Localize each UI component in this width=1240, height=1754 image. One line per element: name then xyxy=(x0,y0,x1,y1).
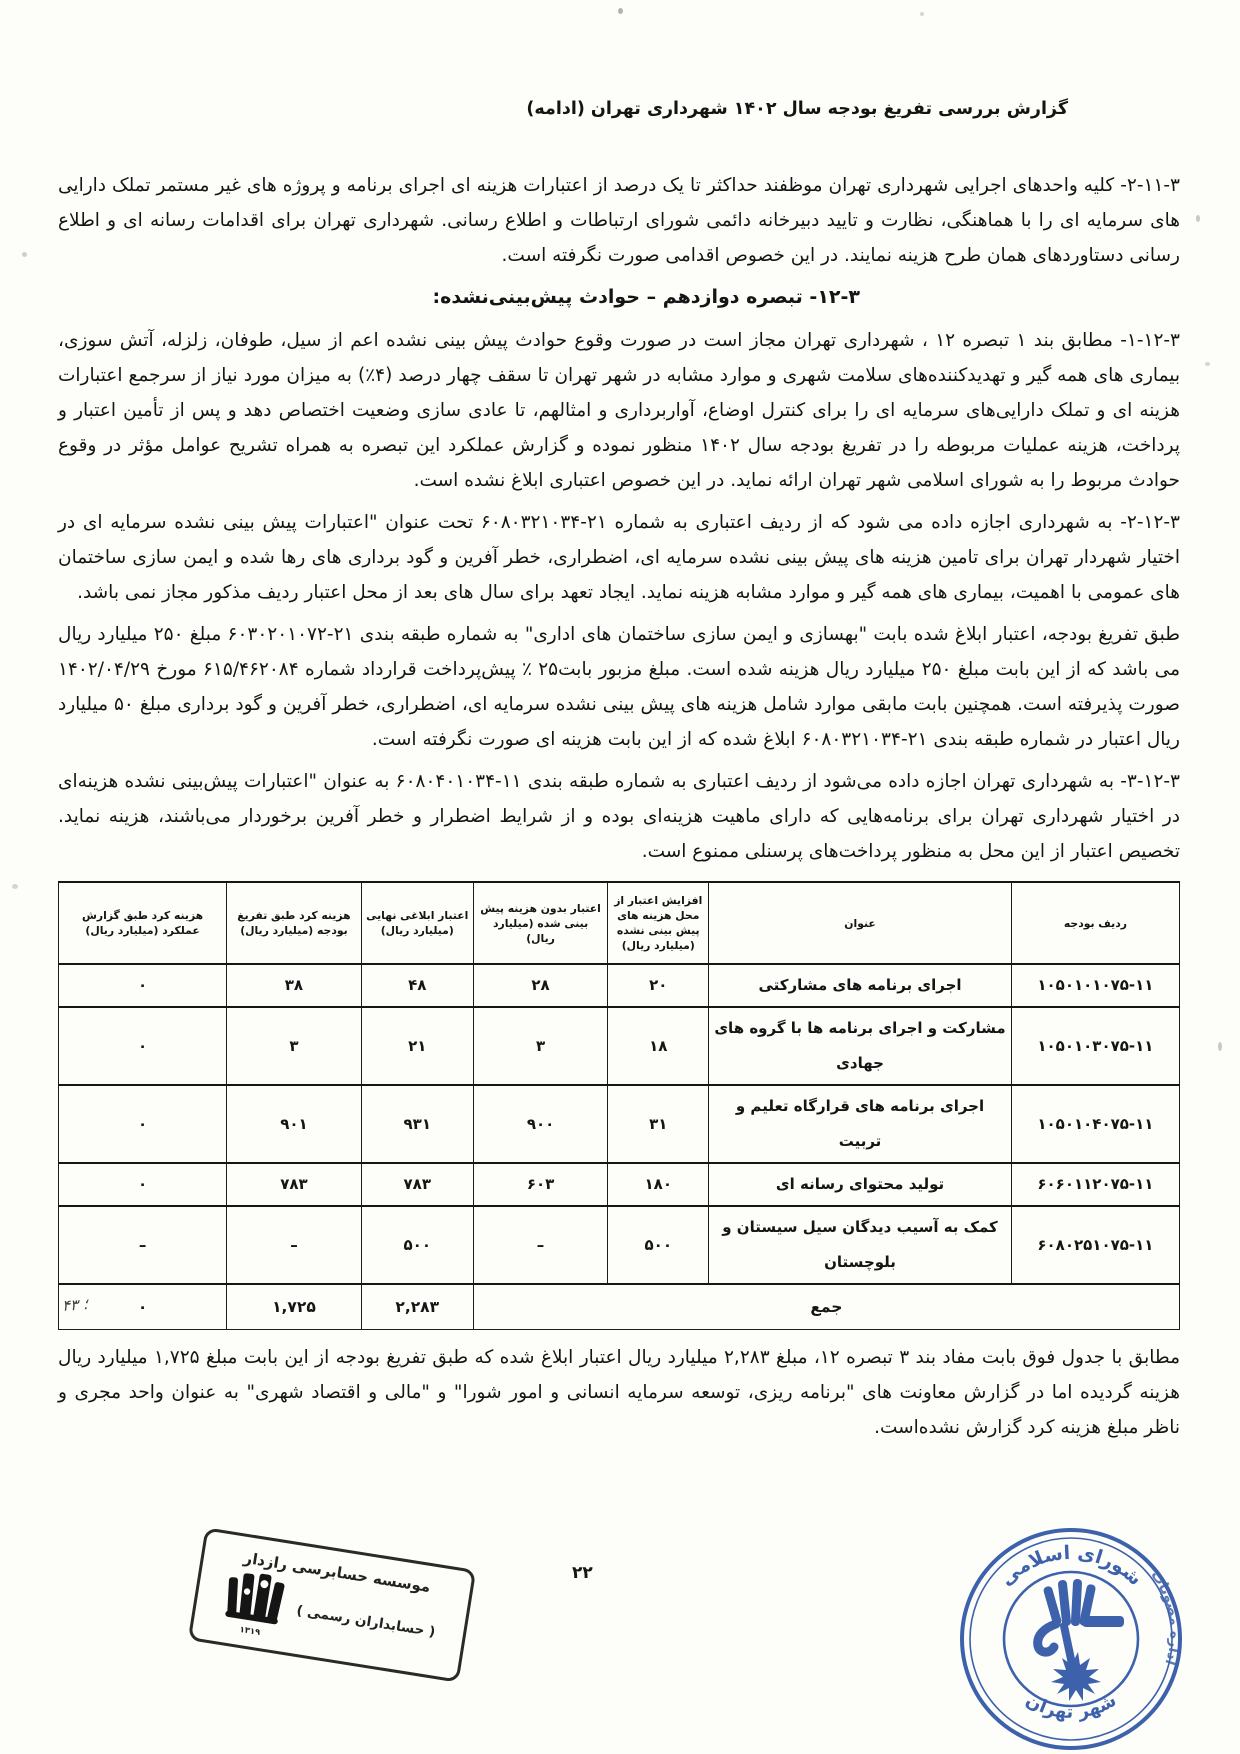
cell-increase: ۱۸۰ xyxy=(608,1163,709,1206)
cell-base: ۶۰۳ xyxy=(473,1163,608,1206)
cell-reported: ۰ xyxy=(59,1085,227,1163)
auditor-stamp-logo-icon xyxy=(222,1567,288,1631)
cell-base: – xyxy=(473,1206,608,1284)
council-emblem-icon xyxy=(1038,1579,1124,1701)
table-row: ۱۰۵۰۱۰۳۰۷۵-۱۱ مشارکت و اجرای برنامه ها ب… xyxy=(59,1007,1180,1085)
scan-speck xyxy=(618,8,623,14)
council-stamp-top-text: شورای اسلامی xyxy=(996,1542,1146,1590)
cell-title: اجرای برنامه های قرارگاه تعلیم و تربیت xyxy=(709,1085,1012,1163)
auditor-stamp: موسسه حسابرسی رازدار ( حسابداران رسمی ) xyxy=(188,1527,476,1682)
paragraph-1-12-3: ۱-۱۲-۳- مطابق بند ۱ تبصره ۱۲ ، شهرداری ت… xyxy=(58,323,1180,498)
cell-title: تولید محتوای رسانه ای xyxy=(709,1163,1012,1206)
budget-table: ردیف بودجه عنوان افزایش اعتبار از محل هز… xyxy=(58,881,1180,1330)
document-body: ۲-۱۱-۳- کلیه واحدهای اجرایی شهرداری تهرا… xyxy=(58,168,1180,1452)
cell-final: ۴۸ xyxy=(361,964,473,1007)
paragraph-3-12-3: ۳-۱۲-۳- به شهرداری تهران اجازه داده می‌ش… xyxy=(58,764,1180,869)
paragraph-after-table: مطابق با جدول فوق بابت مفاد بند ۳ تبصره … xyxy=(58,1340,1180,1445)
cell-title: کمک به آسیب دیدگان سیل سیستان و بلوچستان xyxy=(709,1206,1012,1284)
cell-increase: ۳۱ xyxy=(608,1085,709,1163)
cell-final: ۹۳۱ xyxy=(361,1085,473,1163)
table-header-row: ردیف بودجه عنوان افزایش اعتبار از محل هز… xyxy=(59,882,1180,964)
document-header-title: گزارش بررسی تفریغ بودجه سال ۱۴۰۲ شهرداری… xyxy=(526,99,1068,119)
cell-final: ۵۰۰ xyxy=(361,1206,473,1284)
paragraph-tafrigh-budget: طبق تفریغ بودجه، اعتبار ابلاغ شده بابت "… xyxy=(58,617,1180,757)
header-budget-row: ردیف بودجه xyxy=(1011,882,1179,964)
cell-total-final: ۲,۲۸۳ xyxy=(361,1284,473,1330)
council-stamp: شورای اسلامی شهر تهران اداره مصوبات xyxy=(952,1524,1190,1754)
table-row: ۱۰۵۰۱۰۴۰۷۵-۱۱ اجرای برنامه های قرارگاه ت… xyxy=(59,1085,1180,1163)
cell-code: ۶۰۶۰۱۱۲۰۷۵-۱۱ xyxy=(1011,1163,1179,1206)
header-spent-report: هزینه کرد طبق گزارش عملکرد (میلیارد ریال… xyxy=(59,882,227,964)
table-row: ۱۰۵۰۱۰۱۰۷۵-۱۱ اجرای برنامه های مشارکتی ۲… xyxy=(59,964,1180,1007)
scanned-document-page: گزارش بررسی تفریغ بودجه سال ۱۴۰۲ شهرداری… xyxy=(0,0,1240,1754)
scan-speck xyxy=(920,12,924,16)
cell-reported: – xyxy=(59,1206,227,1284)
header-final-credit: اعتبار ابلاغی نهایی (میلیارد ریال) xyxy=(361,882,473,964)
header-spent-tafrigh: هزینه کرد طبق تفریغ بودجه (میلیارد ریال) xyxy=(227,882,362,964)
page-number: ۲۲ xyxy=(572,1563,593,1583)
cell-total-label: جمع xyxy=(473,1284,1179,1330)
cell-spent: ۳ xyxy=(227,1007,362,1085)
cell-reported: ۰ xyxy=(59,1007,227,1085)
cell-base: ۲۸ xyxy=(473,964,608,1007)
council-stamp-graphic: شورای اسلامی شهر تهران اداره مصوبات xyxy=(952,1524,1190,1754)
paragraph-2-11-3: ۲-۱۱-۳- کلیه واحدهای اجرایی شهرداری تهرا… xyxy=(58,168,1180,273)
scan-speck xyxy=(1196,215,1200,222)
table-total-row: جمع ۲,۲۸۳ ۱,۷۲۵ ۰ xyxy=(59,1284,1180,1330)
cell-title: اجرای برنامه های مشارکتی xyxy=(709,964,1012,1007)
auditor-stamp-subtitle: ( حسابداران رسمی ) xyxy=(295,1603,436,1641)
cell-base: ۳ xyxy=(473,1007,608,1085)
table-row: ۶۰۶۰۱۱۲۰۷۵-۱۱ تولید محتوای رسانه ای ۱۸۰ … xyxy=(59,1163,1180,1206)
svg-text:شورای اسلامی: شورای اسلامی xyxy=(996,1542,1146,1590)
cell-code: ۱۰۵۰۱۰۳۰۷۵-۱۱ xyxy=(1011,1007,1179,1085)
cell-code: ۱۰۵۰۱۰۴۰۷۵-۱۱ xyxy=(1011,1085,1179,1163)
cell-total-spent: ۱,۷۲۵ xyxy=(227,1284,362,1330)
auditor-stamp-year: ۱۳۱۹ xyxy=(239,1625,261,1638)
cell-increase: ۱۸ xyxy=(608,1007,709,1085)
header-title-col: عنوان xyxy=(709,882,1012,964)
cell-code: ۱۰۵۰۱۰۱۰۷۵-۱۱ xyxy=(1011,964,1179,1007)
cell-base: ۹۰۰ xyxy=(473,1085,608,1163)
handwritten-note: ؛ ۴۳ xyxy=(61,1295,88,1315)
cell-final: ۲۱ xyxy=(361,1007,473,1085)
cell-final: ۷۸۳ xyxy=(361,1163,473,1206)
scan-speck xyxy=(1218,1042,1222,1051)
header-increase: افزایش اعتبار از محل هزینه های پیش بینی … xyxy=(608,882,709,964)
cell-spent: ۹۰۱ xyxy=(227,1085,362,1163)
cell-spent: – xyxy=(227,1206,362,1284)
cell-reported: ۰ xyxy=(59,964,227,1007)
cell-code: ۶۰۸۰۲۵۱۰۷۵-۱۱ xyxy=(1011,1206,1179,1284)
cell-spent: ۳۸ xyxy=(227,964,362,1007)
table-row: ۶۰۸۰۲۵۱۰۷۵-۱۱ کمک به آسیب دیدگان سیل سیس… xyxy=(59,1206,1180,1284)
paragraph-2-12-3: ۲-۱۲-۳- به شهرداری اجازه داده می شود که … xyxy=(58,505,1180,610)
cell-title: مشارکت و اجرای برنامه ها با گروه های جها… xyxy=(709,1007,1012,1085)
header-base-credit: اعتبار بدون هزینه پیش بینی شده (میلیارد … xyxy=(473,882,608,964)
cell-increase: ۲۰ xyxy=(608,964,709,1007)
heading-tabsare-12: ۱۲-۳- تبصره دوازدهم – حوادث پیش‌بینی‌نشد… xyxy=(58,280,860,315)
scan-speck xyxy=(22,252,27,257)
cell-spent: ۷۸۳ xyxy=(227,1163,362,1206)
cell-increase: ۵۰۰ xyxy=(608,1206,709,1284)
scan-speck xyxy=(12,884,18,889)
cell-reported: ۰ xyxy=(59,1163,227,1206)
scan-speck xyxy=(1205,362,1210,366)
